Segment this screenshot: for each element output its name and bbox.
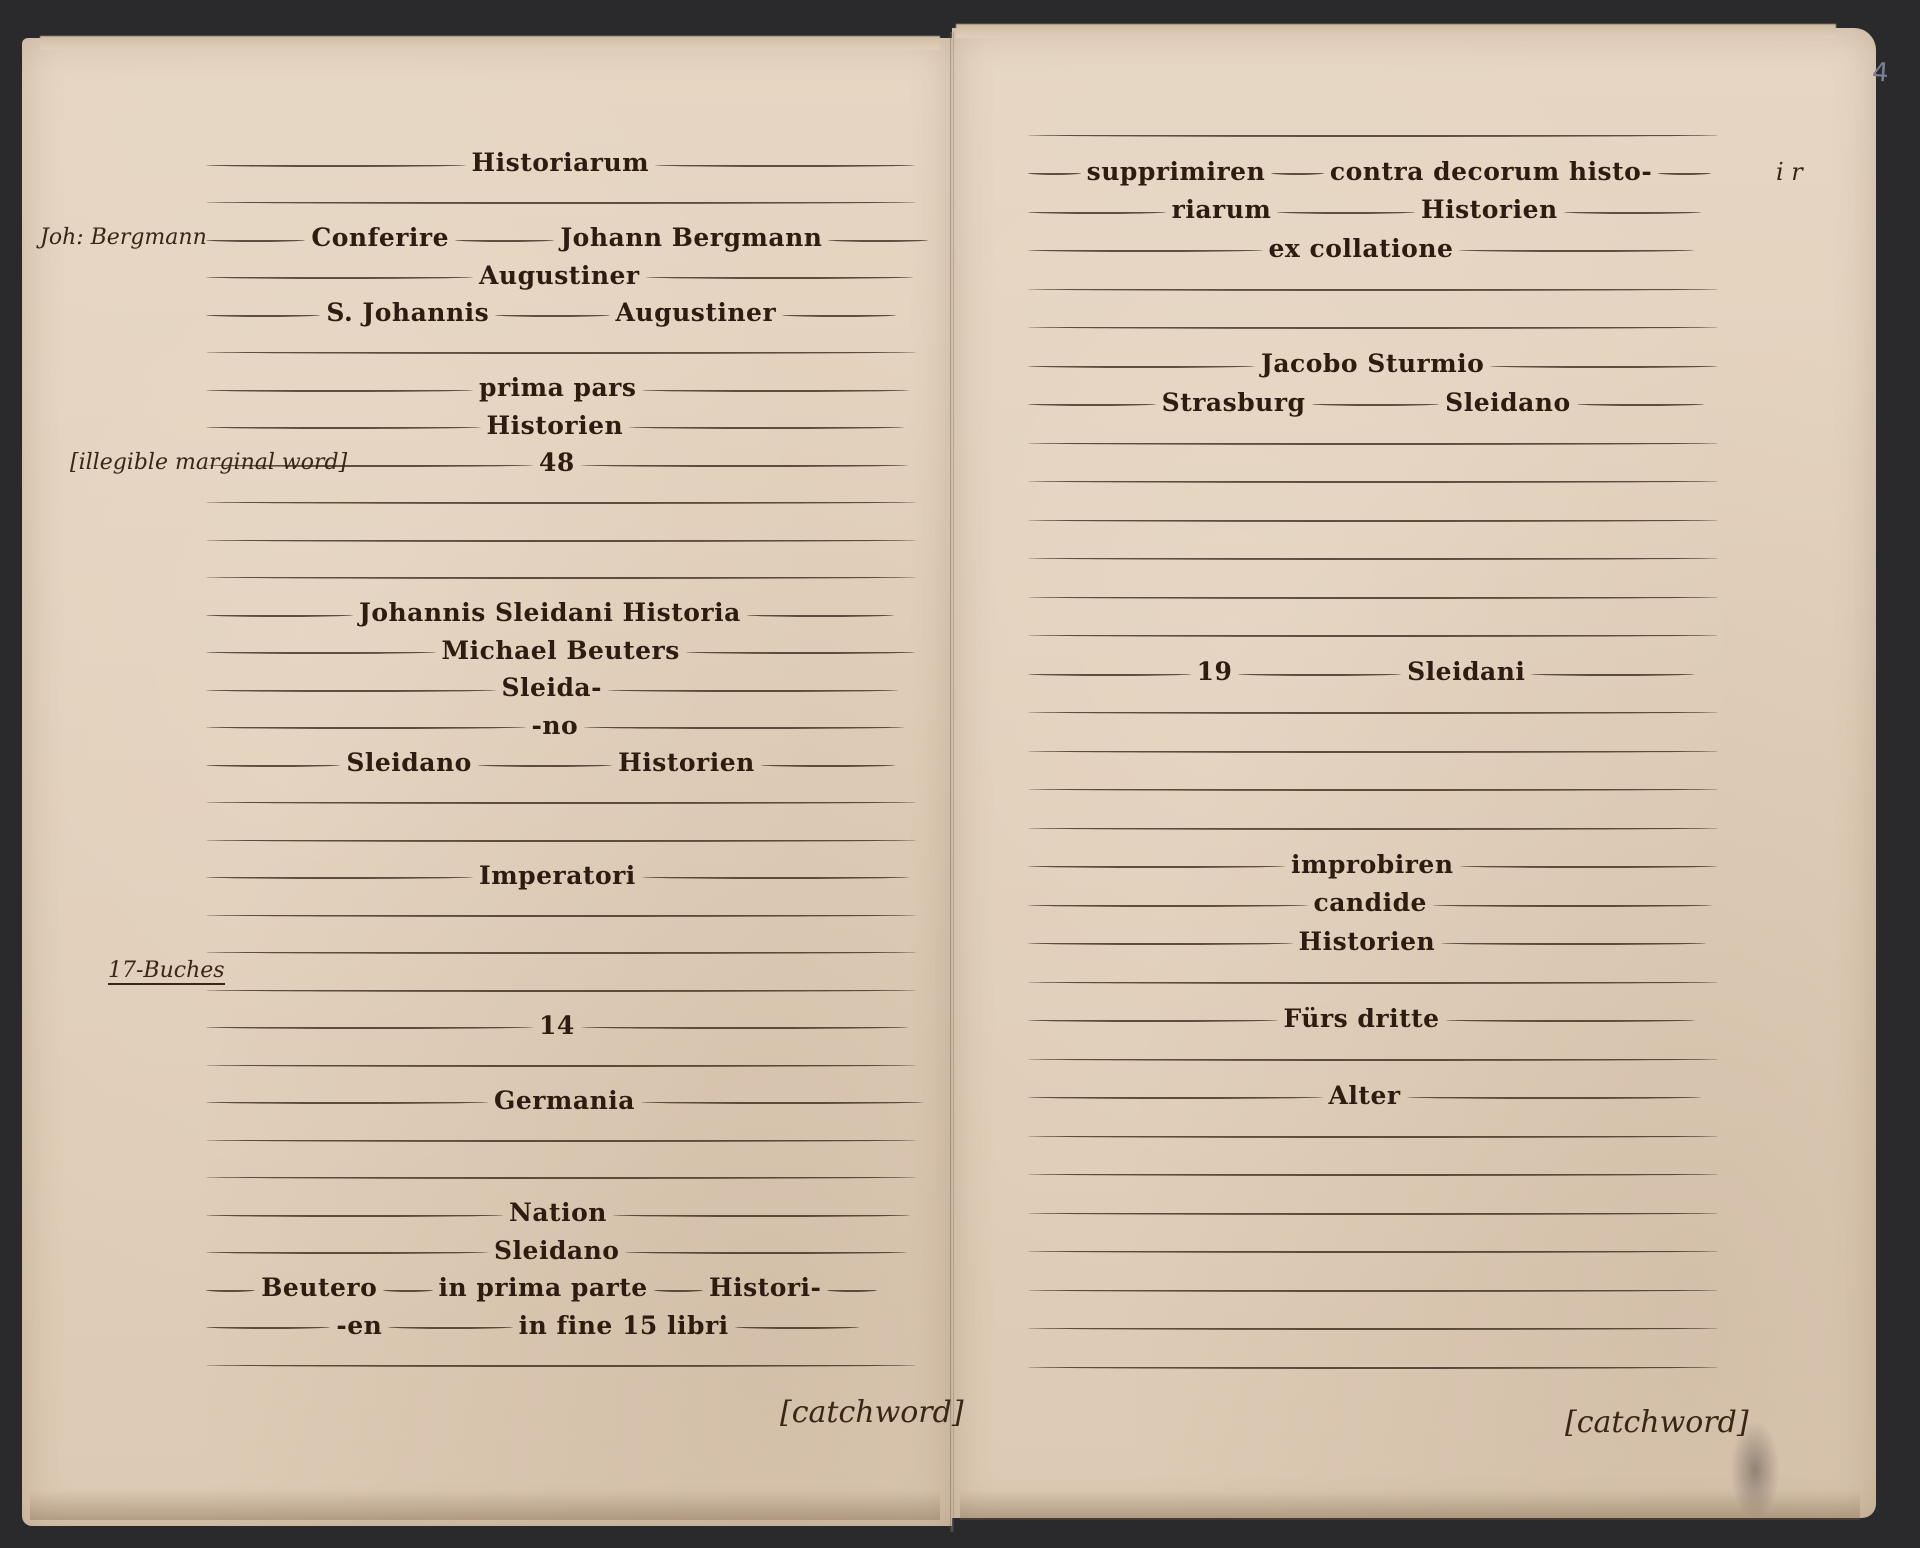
illegible-cursive [1433,903,1713,907]
manuscript-line [200,1161,922,1190]
manuscript-line [200,561,922,590]
illegible-cursive [1446,1018,1696,1022]
illegible-cursive [206,238,305,242]
manuscript-line [1022,426,1724,455]
illegible-cursive [581,1025,908,1029]
manuscript-line: Historiarum [200,148,921,177]
manuscript-line: Johannis Sleidani Historia [200,598,900,627]
manuscript-line: Nation [200,1198,916,1227]
illegible-cursive [206,800,916,804]
illegible-cursive [642,875,909,879]
illegible-cursive [625,1250,907,1254]
legible-word: Alter [1329,1081,1401,1110]
illegible-cursive [1658,171,1711,175]
manuscript-line [1022,1158,1724,1187]
illegible-cursive [1238,672,1401,676]
legible-word: Fürs dritte [1284,1004,1440,1033]
illegible-cursive [206,1250,488,1254]
manuscript-line: Sleida- [200,673,904,702]
illegible-cursive [1028,133,1718,137]
illegible-cursive [1028,903,1308,907]
illegible-cursive [1407,1095,1702,1099]
illegible-cursive [1459,248,1694,252]
catchword-left: [catchword] [780,1395,964,1430]
manuscript-line: Sleidano [200,1236,913,1265]
illegible-cursive [206,388,473,392]
legible-word: Sleidani [1407,657,1525,686]
illegible-cursive [1490,364,1717,368]
illegible-cursive [206,913,916,917]
illegible-cursive [655,163,915,167]
illegible-cursive [206,1025,533,1029]
illegible-cursive [1028,1095,1323,1099]
manuscript-line [1022,1042,1724,1071]
illegible-cursive [495,313,609,317]
legible-word: -no [532,711,579,740]
illegible-cursive [1312,402,1440,406]
manuscript-line: -no [200,711,910,740]
illegible-cursive [1460,864,1717,868]
illegible-cursive [1028,941,1293,945]
legible-word: Historien [487,411,624,440]
legible-word: Strasburg [1162,388,1306,417]
illegible-cursive [761,763,895,767]
illegible-cursive [206,763,340,767]
illegible-cursive [629,425,904,429]
illegible-cursive [1028,787,1718,791]
illegible-cursive [206,350,916,354]
illegible-cursive [1028,749,1718,753]
illegible-cursive [613,1213,910,1217]
illegible-cursive [828,238,927,242]
manuscript-line [1022,272,1724,301]
legible-word: Sleidano [1445,388,1570,417]
illegible-cursive [654,1288,703,1292]
manuscript-line [1022,1119,1724,1148]
manuscript-line [1022,734,1724,763]
illegible-cursive [1028,710,1718,714]
legible-word: Germania [494,1086,635,1115]
illegible-cursive [206,538,916,542]
illegible-cursive [747,613,894,617]
illegible-cursive [383,1288,432,1292]
left-page-water-stain [30,1490,940,1520]
illegible-cursive [206,1100,488,1104]
illegible-cursive [1028,595,1718,599]
legible-word: riarum [1172,195,1272,224]
illegible-cursive [641,1100,923,1104]
right-page-text: supprimirencontra decorum histo-riarumHi… [1022,118,1742,1378]
manuscript-line: Historien [200,411,910,440]
manuscript-line [1022,118,1724,147]
legible-word: -en [336,1311,382,1340]
illegible-cursive [206,650,436,654]
legible-word: Beutero [261,1273,377,1302]
manuscript-line [1022,619,1724,648]
legible-word: in prima parte [439,1273,648,1302]
illegible-cursive [1028,171,1081,175]
manuscript-line: Germania [200,1086,929,1115]
legible-word: Conferire [311,223,449,252]
illegible-cursive [1028,287,1718,291]
manuscript-line: supprimirencontra decorum histo- [1022,157,1717,186]
illegible-cursive [1028,364,1255,368]
manuscript-line: candide [1022,888,1718,917]
illegible-cursive [1441,941,1706,945]
manuscript-line: ConferireJohann Bergmann [200,223,934,252]
illegible-cursive [206,200,916,204]
illegible-cursive [1028,1211,1718,1215]
illegible-cursive [1028,1172,1718,1176]
illegible-cursive [206,613,353,617]
illegible-cursive [206,1213,503,1217]
legible-word: Historien [1421,195,1558,224]
book-spine [950,32,954,1532]
manuscript-line: Jacobo Sturmio [1022,349,1723,378]
illegible-cursive [206,163,466,167]
illegible-cursive [1271,171,1324,175]
catchword-right: [catchword] [1565,1405,1749,1440]
illegible-cursive [1028,479,1718,483]
manuscript-line: S. JohannisAugustiner [200,298,902,327]
legible-word: Historiarum [472,148,650,177]
manuscript-line [1022,542,1724,571]
illegible-cursive [1577,402,1705,406]
illegible-cursive [608,688,898,692]
legible-word: Histori- [709,1273,821,1302]
illegible-cursive [1028,633,1718,637]
manuscript-line: 14 [200,1011,914,1040]
manuscript-line [1022,1350,1724,1379]
legible-word: Sleidano [346,748,471,777]
manuscript-line [200,1048,922,1077]
illegible-cursive [1028,325,1718,329]
manuscript-line: -enin fine 15 libri [200,1311,865,1340]
illegible-cursive [206,1138,916,1142]
illegible-cursive [206,875,473,879]
manuscript-line [1022,1273,1724,1302]
illegible-cursive [1028,1249,1718,1253]
legible-word: improbiren [1291,850,1454,879]
illegible-cursive [1028,1288,1718,1292]
manuscript-line: Alter [1022,1081,1707,1110]
manuscript-line: Beuteroin prima parteHistori- [200,1273,883,1302]
illegible-cursive [206,725,526,729]
legible-word: 48 [539,448,575,477]
illegible-cursive [646,275,913,279]
manuscript-line: Augustiner [200,261,919,290]
illegible-cursive [1028,980,1718,984]
illegible-cursive [206,275,473,279]
illegible-cursive [1028,826,1718,830]
illegible-cursive [206,463,533,467]
manuscript-line: StrasburgSleidano [1022,388,1710,417]
manuscript-line [1022,773,1724,802]
manuscript-line: Imperatori [200,861,915,890]
manuscript-line [200,1348,922,1377]
illegible-cursive [1028,1018,1278,1022]
legible-word: Historien [1299,927,1436,956]
margin-mark: i r [1776,158,1803,186]
legible-word: Sleidano [494,1236,619,1265]
manuscript-line: prima pars [200,373,915,402]
illegible-cursive [1028,1326,1718,1330]
illegible-cursive [206,1175,916,1179]
manuscript-line [200,823,922,852]
illegible-cursive [1028,1134,1718,1138]
left-page-text: HistoriarumConferireJohann BergmannAugus… [200,148,940,1368]
manuscript-line [1022,696,1724,725]
illegible-cursive [206,950,916,954]
illegible-cursive [206,1363,916,1367]
illegible-cursive [584,725,904,729]
legible-word: Sleida- [502,673,603,702]
illegible-cursive [206,688,496,692]
legible-word: candide [1314,888,1427,917]
manuscript-line [200,523,922,552]
illegible-cursive [206,313,320,317]
manuscript-line: Historien [1022,927,1712,956]
manuscript-line [1022,311,1724,340]
legible-word: 19 [1197,657,1233,686]
legible-word: S. Johannis [326,298,489,327]
legible-word: 14 [539,1011,575,1040]
illegible-cursive [1564,210,1702,214]
legible-word: prima pars [479,373,636,402]
legible-word: ex collatione [1269,234,1454,263]
illegible-cursive [1531,672,1694,676]
illegible-cursive [735,1325,859,1329]
manuscript-line [1022,1196,1724,1225]
legible-word: Nation [509,1198,607,1227]
illegible-cursive [827,1288,876,1292]
manuscript-line [200,1123,922,1152]
illegible-cursive [1028,864,1285,868]
illegible-cursive [206,1325,330,1329]
manuscript-line [1022,965,1724,994]
manuscript-line: SleidanoHistorien [200,748,901,777]
manuscript-line [1022,465,1724,494]
legible-word: Imperatori [479,861,636,890]
legible-word: Michael Beuters [442,636,680,665]
manuscript-line: ex collatione [1022,234,1700,263]
illegible-cursive [1028,1365,1718,1369]
manuscript-line: 48 [200,448,914,477]
illegible-cursive [1028,672,1191,676]
illegible-cursive [1028,402,1156,406]
folio-number: 4 [1871,57,1890,88]
illegible-cursive [206,988,916,992]
legible-word: Johann Bergmann [560,223,822,252]
illegible-cursive [455,238,554,242]
legible-word: Augustiner [616,298,777,327]
manuscript-line [200,486,922,515]
manuscript-line: Michael Beuters [200,636,921,665]
illegible-cursive [206,425,481,429]
illegible-cursive [206,838,916,842]
illegible-cursive [1028,441,1718,445]
legible-word: Augustiner [479,261,640,290]
right-page-water-stain [960,1490,1860,1520]
legible-word: Johannis Sleidani Historia [359,598,741,627]
illegible-cursive [1277,210,1415,214]
manuscript-line [200,186,922,215]
manuscript-line [1022,580,1724,609]
illegible-cursive [782,313,896,317]
illegible-cursive [1028,556,1718,560]
manuscript-line [200,973,922,1002]
manuscript-line: riarumHistorien [1022,195,1707,224]
manuscript-line: Fürs dritte [1022,1004,1701,1033]
illegible-cursive [581,463,908,467]
illegible-cursive [478,763,612,767]
left-page-top-edge [40,36,940,50]
manuscript-line [1022,1235,1724,1264]
manuscript-line [1022,503,1724,532]
manuscript-line: 19Sleidani [1022,657,1700,686]
illegible-cursive [1028,1057,1718,1061]
manuscript-line [1022,811,1724,840]
illegible-cursive [206,500,916,504]
illegible-cursive [206,1288,255,1292]
illegible-cursive [206,575,916,579]
illegible-cursive [642,388,909,392]
legible-word: Jacobo Sturmio [1261,349,1484,378]
margin-note-bergmann: Joh: Bergmann [40,225,207,250]
legible-word: supprimiren [1087,157,1266,186]
legible-word: in fine 15 libri [519,1311,729,1340]
manuscript-line [1022,1312,1724,1341]
illegible-cursive [1028,210,1166,214]
illegible-cursive [1028,248,1263,252]
illegible-cursive [1028,518,1718,522]
manuscript-line [200,898,922,927]
illegible-cursive [686,650,916,654]
illegible-cursive [388,1325,512,1329]
illegible-cursive [206,1063,916,1067]
legible-word: Historien [618,748,755,777]
legible-word: contra decorum histo- [1330,157,1652,186]
manuscript-line [200,936,922,965]
manuscript-line [200,786,922,815]
manuscript-line [200,336,922,365]
right-page-top-edge [956,24,1836,38]
manuscript-line: improbiren [1022,850,1723,879]
